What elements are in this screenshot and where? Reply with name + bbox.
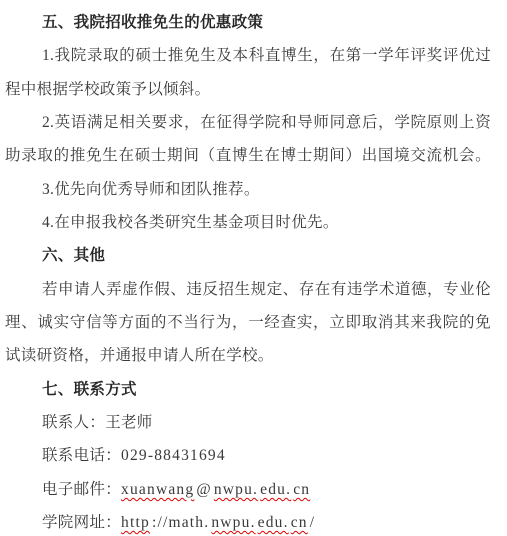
- misspelled-text-segment: xuanwang: [121, 473, 194, 506]
- policy-item-4: 4.在申报我校各类研究生基金项目时优先。: [5, 206, 491, 239]
- misspelled-text-segment: http: [121, 506, 150, 536]
- misspelled-text-segment: edu.: [260, 473, 291, 506]
- contact-phone-label: 联系电话：: [42, 447, 121, 464]
- misspelled-text-segment: edu.: [258, 506, 289, 536]
- section7-heading: 七、联系方式: [5, 373, 491, 406]
- misconduct-paragraph-line-1: 若申请人弄虚作假、违反招生规定、存在有违学术道德，专业伦: [5, 273, 491, 306]
- misspelled-text-segment: nwpu.: [211, 506, 255, 536]
- misconduct-paragraph-line-3: 试读研资格，并通报申请人所在学校。: [5, 339, 491, 372]
- text-segment: /: [310, 506, 316, 536]
- policy-item-2-line-1: 2.英语满足相关要求，在征得学院和导师同意后，学院原则上资: [5, 106, 491, 139]
- text-segment: @: [196, 473, 211, 506]
- contact-person-value: 王老师: [105, 414, 152, 431]
- contact-website-value: http://math.nwpu.edu.cn/: [121, 514, 315, 531]
- text-segment: ://math.: [152, 506, 209, 536]
- policy-item-3: 3.优先向优秀导师和团队推荐。: [5, 173, 491, 206]
- contact-phone-line: 联系电话：029-88431694: [5, 439, 491, 472]
- misspelled-text-segment: cn: [293, 473, 310, 506]
- policy-item-2-line-2: 助录取的推免生在硕士期间（直博生在博士期间）出国境交流机会。: [5, 139, 491, 172]
- contact-website-label: 学院网址：: [42, 514, 121, 531]
- contact-email-value: xuanwang@nwpu.edu.cn: [121, 481, 310, 498]
- document-page: 五、我院招收推免生的优惠政策 1.我院录取的硕士推免生及本科直博生，在第一学年评…: [0, 0, 507, 536]
- misspelled-text-segment: nwpu.: [214, 473, 258, 506]
- contact-phone-value: 029-88431694: [121, 447, 226, 464]
- misspelled-text-segment: cn: [291, 506, 308, 536]
- section5-heading: 五、我院招收推免生的优惠政策: [5, 6, 491, 39]
- policy-item-1-line-1: 1.我院录取的硕士推免生及本科直博生，在第一学年评奖评优过: [5, 39, 491, 72]
- contact-person-line: 联系人：王老师: [5, 406, 491, 439]
- contact-website-line: 学院网址：http://math.nwpu.edu.cn/: [5, 506, 491, 536]
- contact-email-label: 电子邮件：: [42, 481, 121, 498]
- policy-item-1-line-2: 程中根据学校政策予以倾斜。: [5, 73, 491, 106]
- section6-heading: 六、其他: [5, 239, 491, 272]
- contact-person-label: 联系人：: [42, 414, 105, 431]
- misconduct-paragraph-line-2: 理、诚实守信等方面的不当行为，一经查实，立即取消其来我院的免: [5, 306, 491, 339]
- document-body: 五、我院招收推免生的优惠政策 1.我院录取的硕士推免生及本科直博生，在第一学年评…: [5, 0, 491, 536]
- contact-email-line: 电子邮件：xuanwang@nwpu.edu.cn: [5, 473, 491, 506]
